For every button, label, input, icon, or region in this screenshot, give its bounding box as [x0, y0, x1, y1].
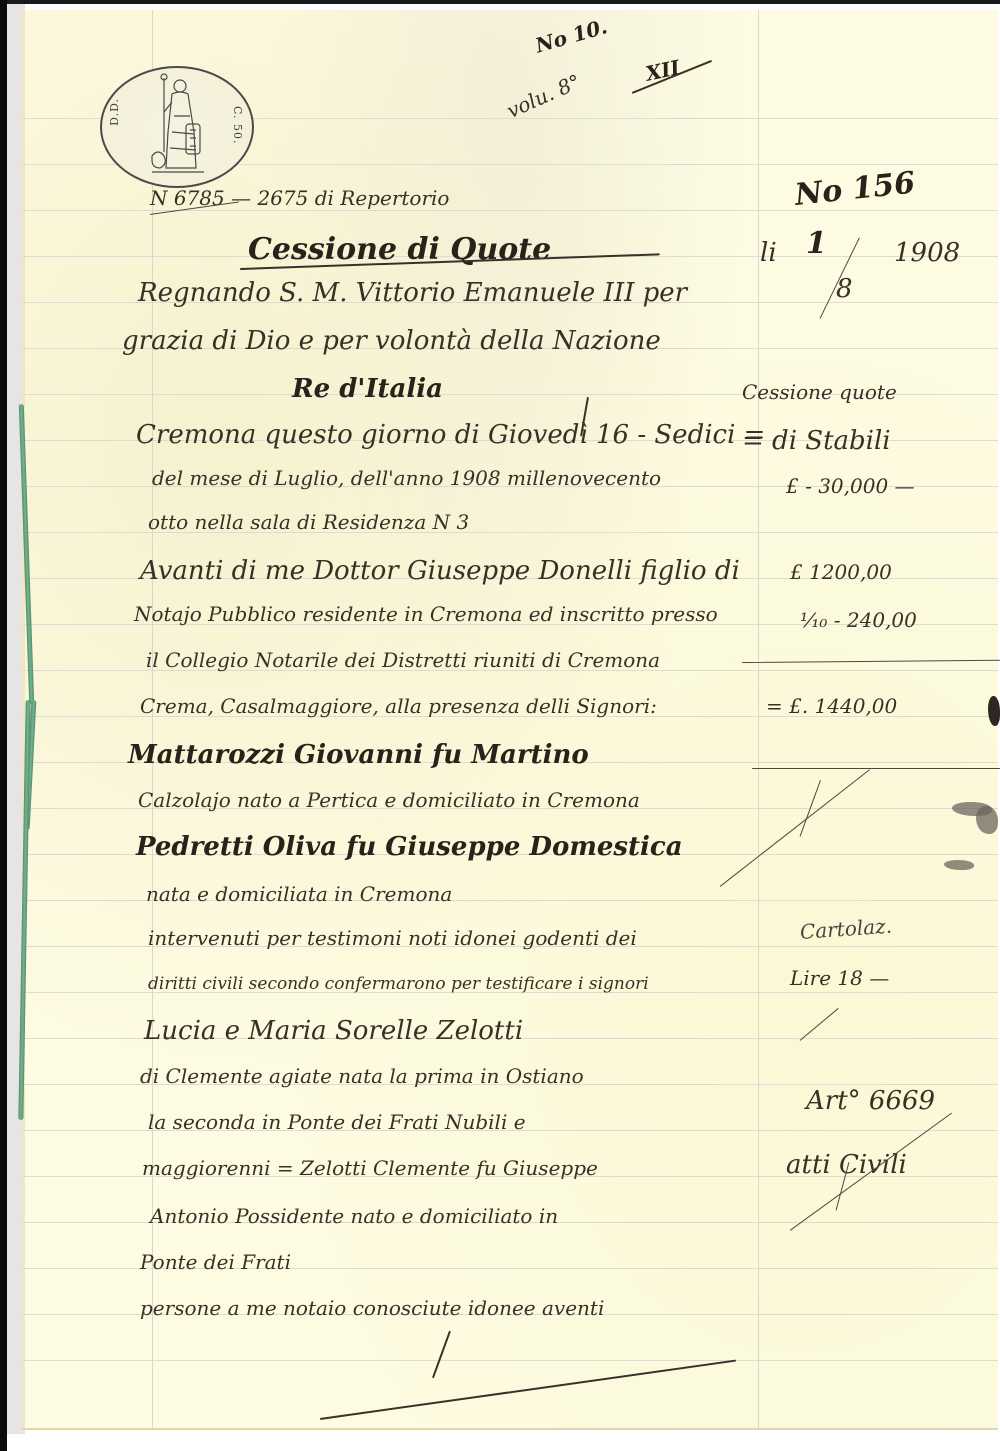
repertorio-number: N 6785 — 2675 di Repertorio	[150, 186, 449, 210]
revenue-stamp: D.D. C. 50.	[100, 66, 254, 188]
registration-date-prefix: li	[760, 238, 777, 268]
seated-figure-icon	[150, 72, 206, 182]
body-line: nata e domiciliata in Cremona	[146, 882, 452, 906]
body-line: Antonio Possidente nato e domiciliato in	[150, 1204, 558, 1228]
right-margin-line	[758, 10, 759, 1428]
registration-year: 1908	[894, 238, 960, 268]
body-line: di Clemente agiate nata la prima in Osti…	[140, 1064, 584, 1088]
subject-line-1: Cessione quote	[742, 380, 897, 404]
body-line: persone a me notaio conosciute idonee av…	[140, 1296, 604, 1320]
subject-line-2: = di Stabili	[742, 426, 891, 456]
body-line: Pedretti Oliva fu Giuseppe Domestica	[136, 832, 683, 862]
tax-amount: £ 1200,00	[790, 560, 892, 584]
rule-line	[22, 1360, 998, 1361]
body-line: grazia di Dio e per volontà della Nazion…	[122, 326, 661, 356]
registration-day: 1	[806, 226, 827, 261]
body-line: Mattarozzi Giovanni fu Martino	[128, 740, 589, 770]
body-line: Avanti di me Dottor Giuseppe Donelli fig…	[140, 556, 740, 586]
tenth-surcharge: ⅒ - 240,00	[800, 608, 917, 632]
body-line: Notajo Pubblico residente in Cremona ed …	[134, 602, 718, 626]
cartella-amount: Lire 18 —	[790, 966, 889, 990]
scanner-left-edge	[0, 0, 7, 1451]
ink-blot	[976, 806, 998, 834]
article-number: Art° 6669	[806, 1086, 935, 1116]
separator-line	[752, 768, 1000, 769]
body-line: la seconda in Ponte dei Frati Nubili e	[148, 1110, 526, 1134]
scanner-top-edge	[0, 0, 1000, 4]
body-line: Cremona questo giorno di Giovedì 16 - Se…	[136, 420, 765, 450]
body-line: intervenuti per testimoni noti idonei go…	[148, 926, 637, 950]
registration-month: 8	[836, 274, 853, 304]
total-amount: = £. 1440,00	[766, 694, 897, 718]
body-line: del mese di Luglio, dell'anno 1908 mille…	[152, 466, 661, 490]
body-line: Lucia e Maria Sorelle Zelotti	[144, 1016, 523, 1046]
declared-value: £ - 30,000 —	[786, 474, 915, 498]
body-line: maggiorenni = Zelotti Clemente fu Giusep…	[142, 1156, 598, 1180]
body-line: Calzolajo nato a Pertica e domiciliato i…	[138, 788, 640, 812]
body-line: Ponte dei Frati	[140, 1250, 291, 1274]
body-line: diritti civili secondo confermarono per …	[148, 974, 649, 994]
stamp-left-text: D.D.	[108, 98, 121, 126]
ink-blot	[988, 696, 1000, 726]
body-line: il Collegio Notarile dei Distretti riuni…	[146, 648, 660, 672]
body-line: Crema, Casalmaggiore, alla presenza dell…	[140, 694, 657, 718]
body-line: Re d'Italia	[292, 374, 443, 404]
body-line: otto nella sala di Residenza N 3	[148, 510, 469, 534]
stamp-value-text: C. 50.	[231, 106, 244, 145]
body-line: Regnando S. M. Vittorio Emanuele III per	[138, 278, 687, 308]
